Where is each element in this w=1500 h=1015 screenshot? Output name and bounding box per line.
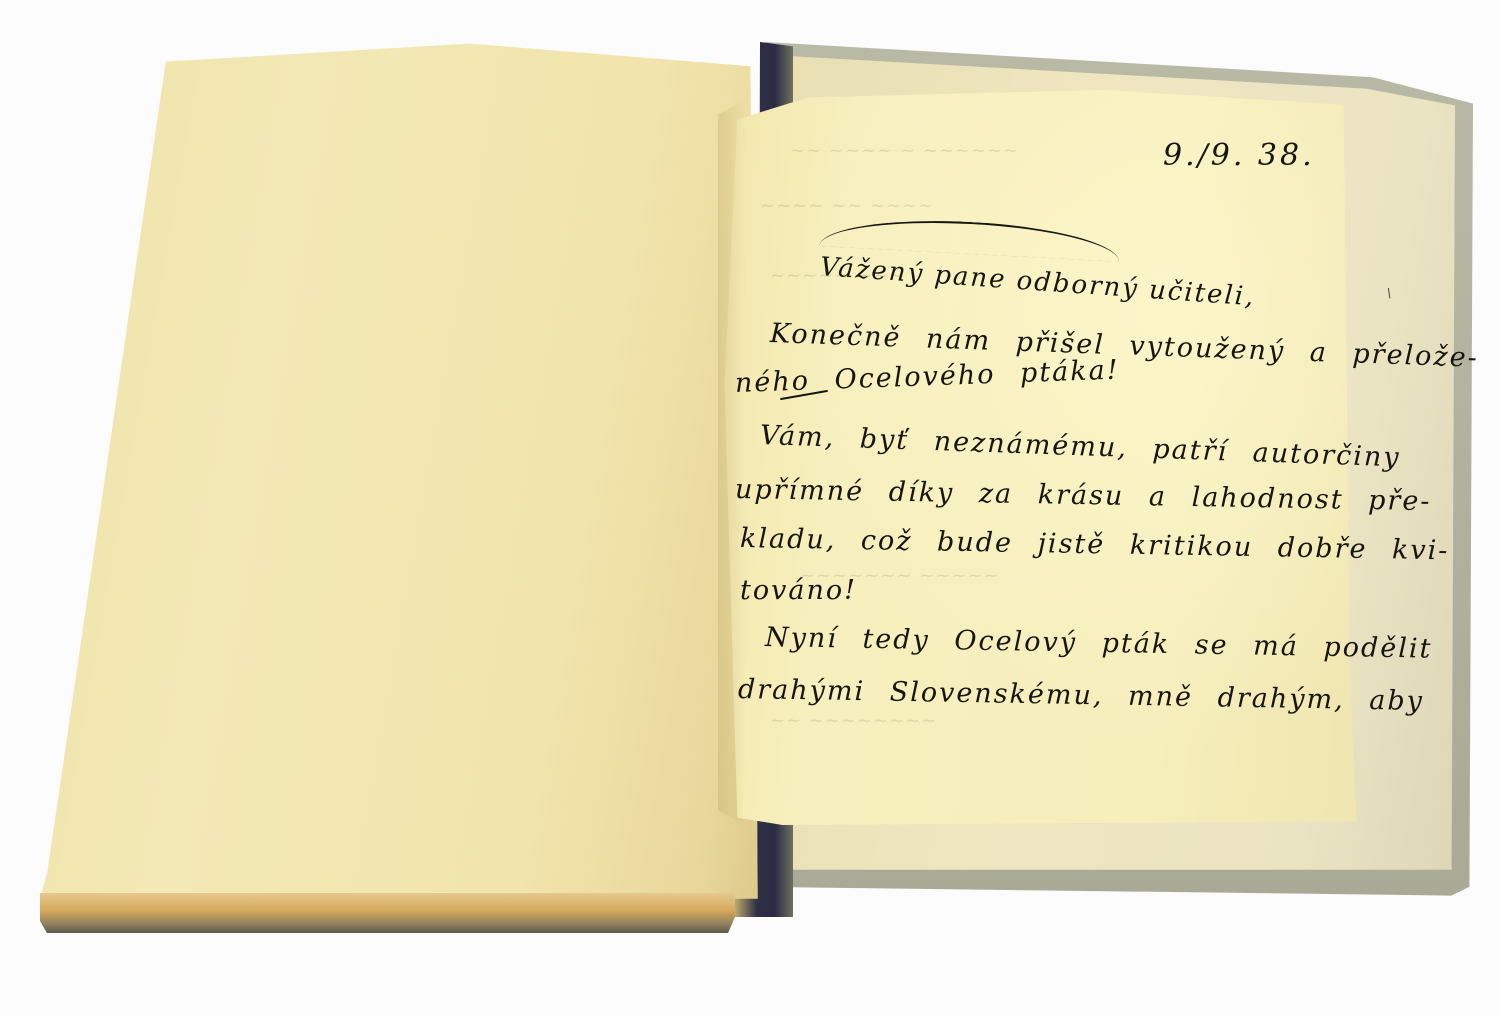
ink-bleed-through: ~~ ~~~~ ~ ~~~~~~ (790, 140, 1019, 161)
left-page-block-edge (40, 893, 735, 933)
letter-fold-shadow (718, 100, 746, 825)
left-blank-page (40, 30, 780, 935)
letter-date: 9./9. 38. (1163, 138, 1315, 173)
book-photo: ~~ ~~~~ ~ ~~~~~~ ~~~~ ~~ ~~~~ ~~~~~ ~~~ … (0, 0, 1500, 1015)
letter-line: továno! (740, 575, 857, 606)
ink-bleed-through: ~~~~ ~~ ~~~~ (760, 195, 934, 216)
ink-bleed-through: ~~ ~~~~~~~~ (770, 710, 938, 731)
